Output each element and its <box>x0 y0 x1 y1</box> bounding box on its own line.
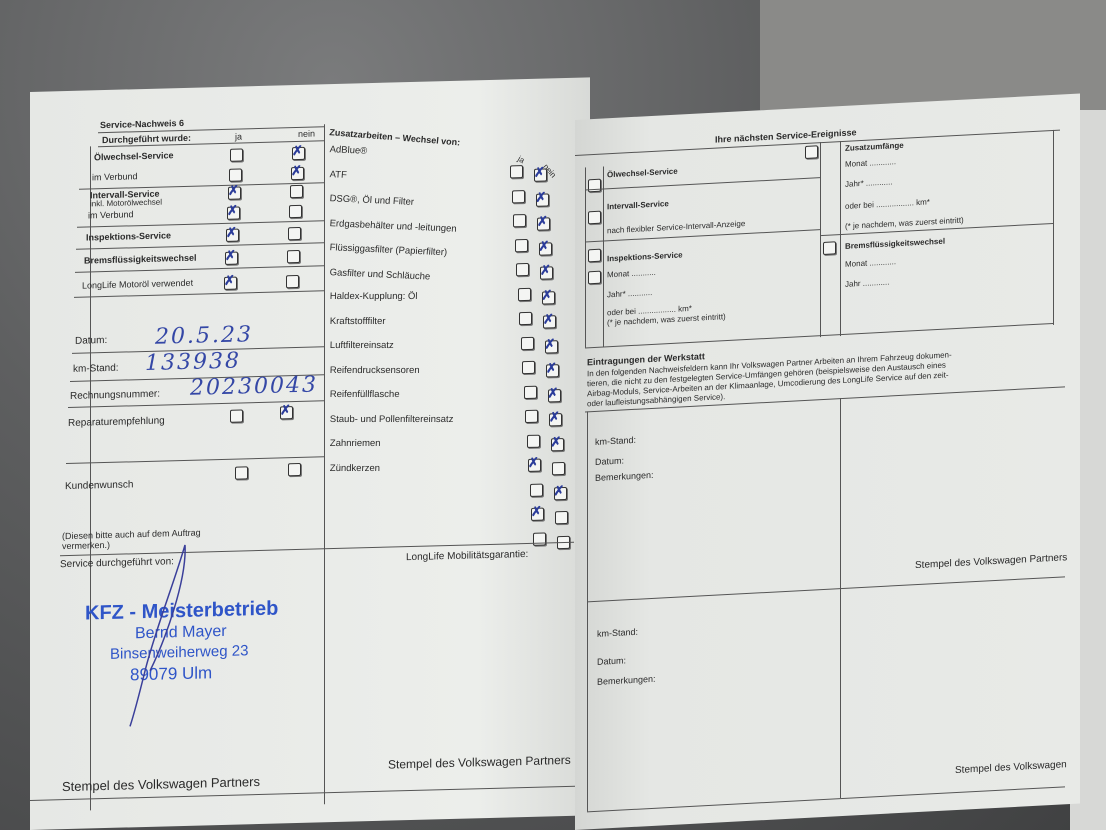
additional-work-label: Staub- und Pollenfiltereinsatz <box>330 414 454 425</box>
additional-work-label: Luftfiltereinsatz <box>330 340 394 351</box>
additional-ja-checkbox[interactable] <box>518 287 531 300</box>
repair-recommendation-label: Reparaturempfehlung <box>68 415 165 429</box>
additional-work-label: Erdgasbehälter und -leitungen <box>329 218 457 235</box>
service-nein-checkbox[interactable] <box>290 185 303 198</box>
entry-1-stamp: Stempel des Volkswagen Partners <box>915 552 1067 571</box>
service-label: im Verbund <box>92 171 138 182</box>
service-nein-checkbox[interactable] <box>292 147 305 160</box>
entry-1-date: Datum: <box>595 455 624 467</box>
service-ja-checkbox[interactable] <box>228 186 241 199</box>
additional-ja-checkbox[interactable] <box>524 385 537 398</box>
additional-ja-checkbox[interactable] <box>528 459 541 472</box>
additional-nein-checkbox[interactable] <box>534 168 547 181</box>
additional-work-label: DSG®, Öl und Filter <box>329 193 414 208</box>
additional-nein-checkbox[interactable] <box>542 291 555 304</box>
datum-label: Datum: <box>75 335 107 347</box>
additional-ja-checkbox[interactable] <box>515 238 528 251</box>
header-yes: ja <box>235 131 242 141</box>
oil-service-checkbox[interactable] <box>588 179 601 193</box>
service-ja-checkbox[interactable] <box>229 168 242 181</box>
additional-ja-checkbox[interactable] <box>522 361 535 374</box>
additional-scope-month: Monat ............ <box>845 157 896 169</box>
right-page: Ihre nächsten Service-Ereignisse Ölwechs… <box>575 94 1080 830</box>
km-value: 133938 <box>145 348 241 376</box>
additional-ja-checkbox[interactable] <box>521 336 534 349</box>
additional-work-label: Reifenfüllflasche <box>330 389 400 400</box>
entry-2-stamp: Stempel des Volkswagen <box>955 759 1067 776</box>
invoice-value: 20230043 <box>190 372 318 400</box>
additional-nein-checkbox[interactable] <box>536 193 549 206</box>
inspection-label: Inspektions-Service <box>607 250 683 263</box>
additional-ja-checkbox[interactable] <box>512 190 525 203</box>
background-floor <box>760 0 1106 110</box>
customer-request-yes-checkbox[interactable] <box>235 466 248 479</box>
km-label: km-Stand: <box>73 363 119 375</box>
additional-ja-checkbox[interactable] <box>530 483 543 496</box>
invoice-label: Rechnungsnummer: <box>70 389 160 402</box>
header-no: nein <box>298 129 315 139</box>
service-ja-checkbox[interactable] <box>225 252 238 265</box>
service-ja-checkbox[interactable] <box>226 229 239 242</box>
additional-yes-header: ja <box>516 154 526 165</box>
service-nein-checkbox[interactable] <box>287 250 300 263</box>
additional-nein-checkbox[interactable] <box>548 389 561 402</box>
additional-nein-checkbox[interactable] <box>546 364 559 377</box>
additional-work-label: Zahnriemen <box>330 438 381 449</box>
service-nein-checkbox[interactable] <box>286 275 299 288</box>
entry-2-remarks: Bemerkungen: <box>597 674 656 687</box>
service-ja-checkbox[interactable] <box>230 148 243 161</box>
additional-nein-checkbox[interactable] <box>540 266 553 279</box>
service-label: LongLife Motoröl verwendet <box>82 278 193 291</box>
service-nein-checkbox[interactable] <box>288 227 301 240</box>
additional-ja-checkbox[interactable] <box>525 410 538 423</box>
additional-ja-checkbox[interactable] <box>516 263 529 276</box>
additional-nein-checkbox[interactable] <box>537 217 550 230</box>
datum-value: 20.5.23 <box>155 322 253 350</box>
additional-ja-checkbox[interactable] <box>531 508 544 521</box>
left-page: Service-Nachweis 6 Durchgeführt wurde: j… <box>30 77 590 830</box>
service-nein-checkbox[interactable] <box>291 167 304 180</box>
additional-ja-checkbox[interactable] <box>513 214 526 227</box>
additional-work-label: Flüssiggasfilter (Papierfilter) <box>329 242 447 258</box>
longlife-guarantee-label: LongLife Mobilitätsgarantie: <box>406 549 528 563</box>
additional-ja-checkbox[interactable] <box>510 165 523 178</box>
service-label: Ölwechsel-Service <box>94 150 174 162</box>
inspection-year: Jahr* ........... <box>607 288 652 299</box>
additional-ja-checkbox[interactable] <box>519 312 532 325</box>
stamp-footer-left-2: Stempel des Volkswagen Partners <box>388 753 571 772</box>
repair-yes-checkbox[interactable] <box>230 409 243 422</box>
interval-service-checkbox[interactable] <box>588 211 601 225</box>
signature <box>115 540 195 732</box>
service-nein-checkbox[interactable] <box>289 205 302 218</box>
additional-nein-checkbox[interactable] <box>543 315 556 328</box>
additional-work-label: ATF <box>329 169 347 181</box>
additional-nein-checkbox[interactable] <box>539 242 552 255</box>
repair-no-checkbox[interactable] <box>280 406 293 419</box>
service-label: Inspektions-Service <box>86 230 171 242</box>
additional-nein-checkbox[interactable] <box>555 511 568 524</box>
stamp-footer-left: Stempel des Volkswagen Partners <box>62 774 260 794</box>
flexible-checkbox[interactable] <box>588 249 601 263</box>
brake-fluid-year: Jahr ............ <box>845 278 889 289</box>
additional-work-label: Haldex-Kupplung: Öl <box>330 291 418 302</box>
additional-scope-km: oder bei ................. km* <box>845 197 930 210</box>
page-title: Service-Nachweis 6 <box>100 118 184 130</box>
additional-nein-checkbox[interactable] <box>551 438 564 451</box>
additional-work-label: Kraftstofffilter <box>330 316 386 327</box>
service-sublabel: inkl. Motorölwechsel <box>90 198 162 209</box>
customer-request-label: Kundenwunsch <box>65 479 133 492</box>
additional-nein-checkbox[interactable] <box>552 462 565 475</box>
oil-service-label: Ölwechsel-Service <box>607 167 678 180</box>
entry-2-date: Datum: <box>597 655 626 667</box>
additional-nein-checkbox[interactable] <box>549 413 562 426</box>
service-label: im Verbund <box>88 209 134 220</box>
additional-scope-year: Jahr* ............ <box>845 177 893 188</box>
additional-work-label: AdBlue® <box>329 144 367 157</box>
service-ja-checkbox[interactable] <box>227 207 240 220</box>
brake-fluid-checkbox[interactable] <box>823 241 836 255</box>
additional-work-label: Reifendrucksensoren <box>330 365 420 376</box>
entry-1-km: km-Stand: <box>595 435 636 447</box>
additional-work-label: Zündkerzen <box>330 463 380 474</box>
additional-scope-label: Zusatzumfänge <box>845 141 904 153</box>
inspection-checkbox[interactable] <box>588 271 601 285</box>
entry-2-km: km-Stand: <box>597 627 638 639</box>
additional-nein-checkbox[interactable] <box>554 486 567 499</box>
entry-1-remarks: Bemerkungen: <box>595 470 654 483</box>
customer-request-no-checkbox[interactable] <box>288 463 301 476</box>
inspection-month: Monat ........... <box>607 268 656 280</box>
service-ja-checkbox[interactable] <box>224 277 237 290</box>
additional-ja-checkbox[interactable] <box>527 434 540 447</box>
interval-service-label: Intervall-Service <box>607 199 669 211</box>
additional-nein-checkbox[interactable] <box>545 340 558 353</box>
service-label: Bremsflüssigkeitswechsel <box>84 253 197 266</box>
brake-fluid-month: Monat ............ <box>845 257 896 269</box>
additional-work-label: Gasfilter und Schläuche <box>329 267 430 282</box>
brake-fluid-label: Bremsflüssigkeitswechsel <box>845 237 945 251</box>
additional-scope-checkbox[interactable] <box>805 145 818 159</box>
flexible-interval-label: nach flexibler Service-Intervall-Anzeige <box>607 219 745 235</box>
